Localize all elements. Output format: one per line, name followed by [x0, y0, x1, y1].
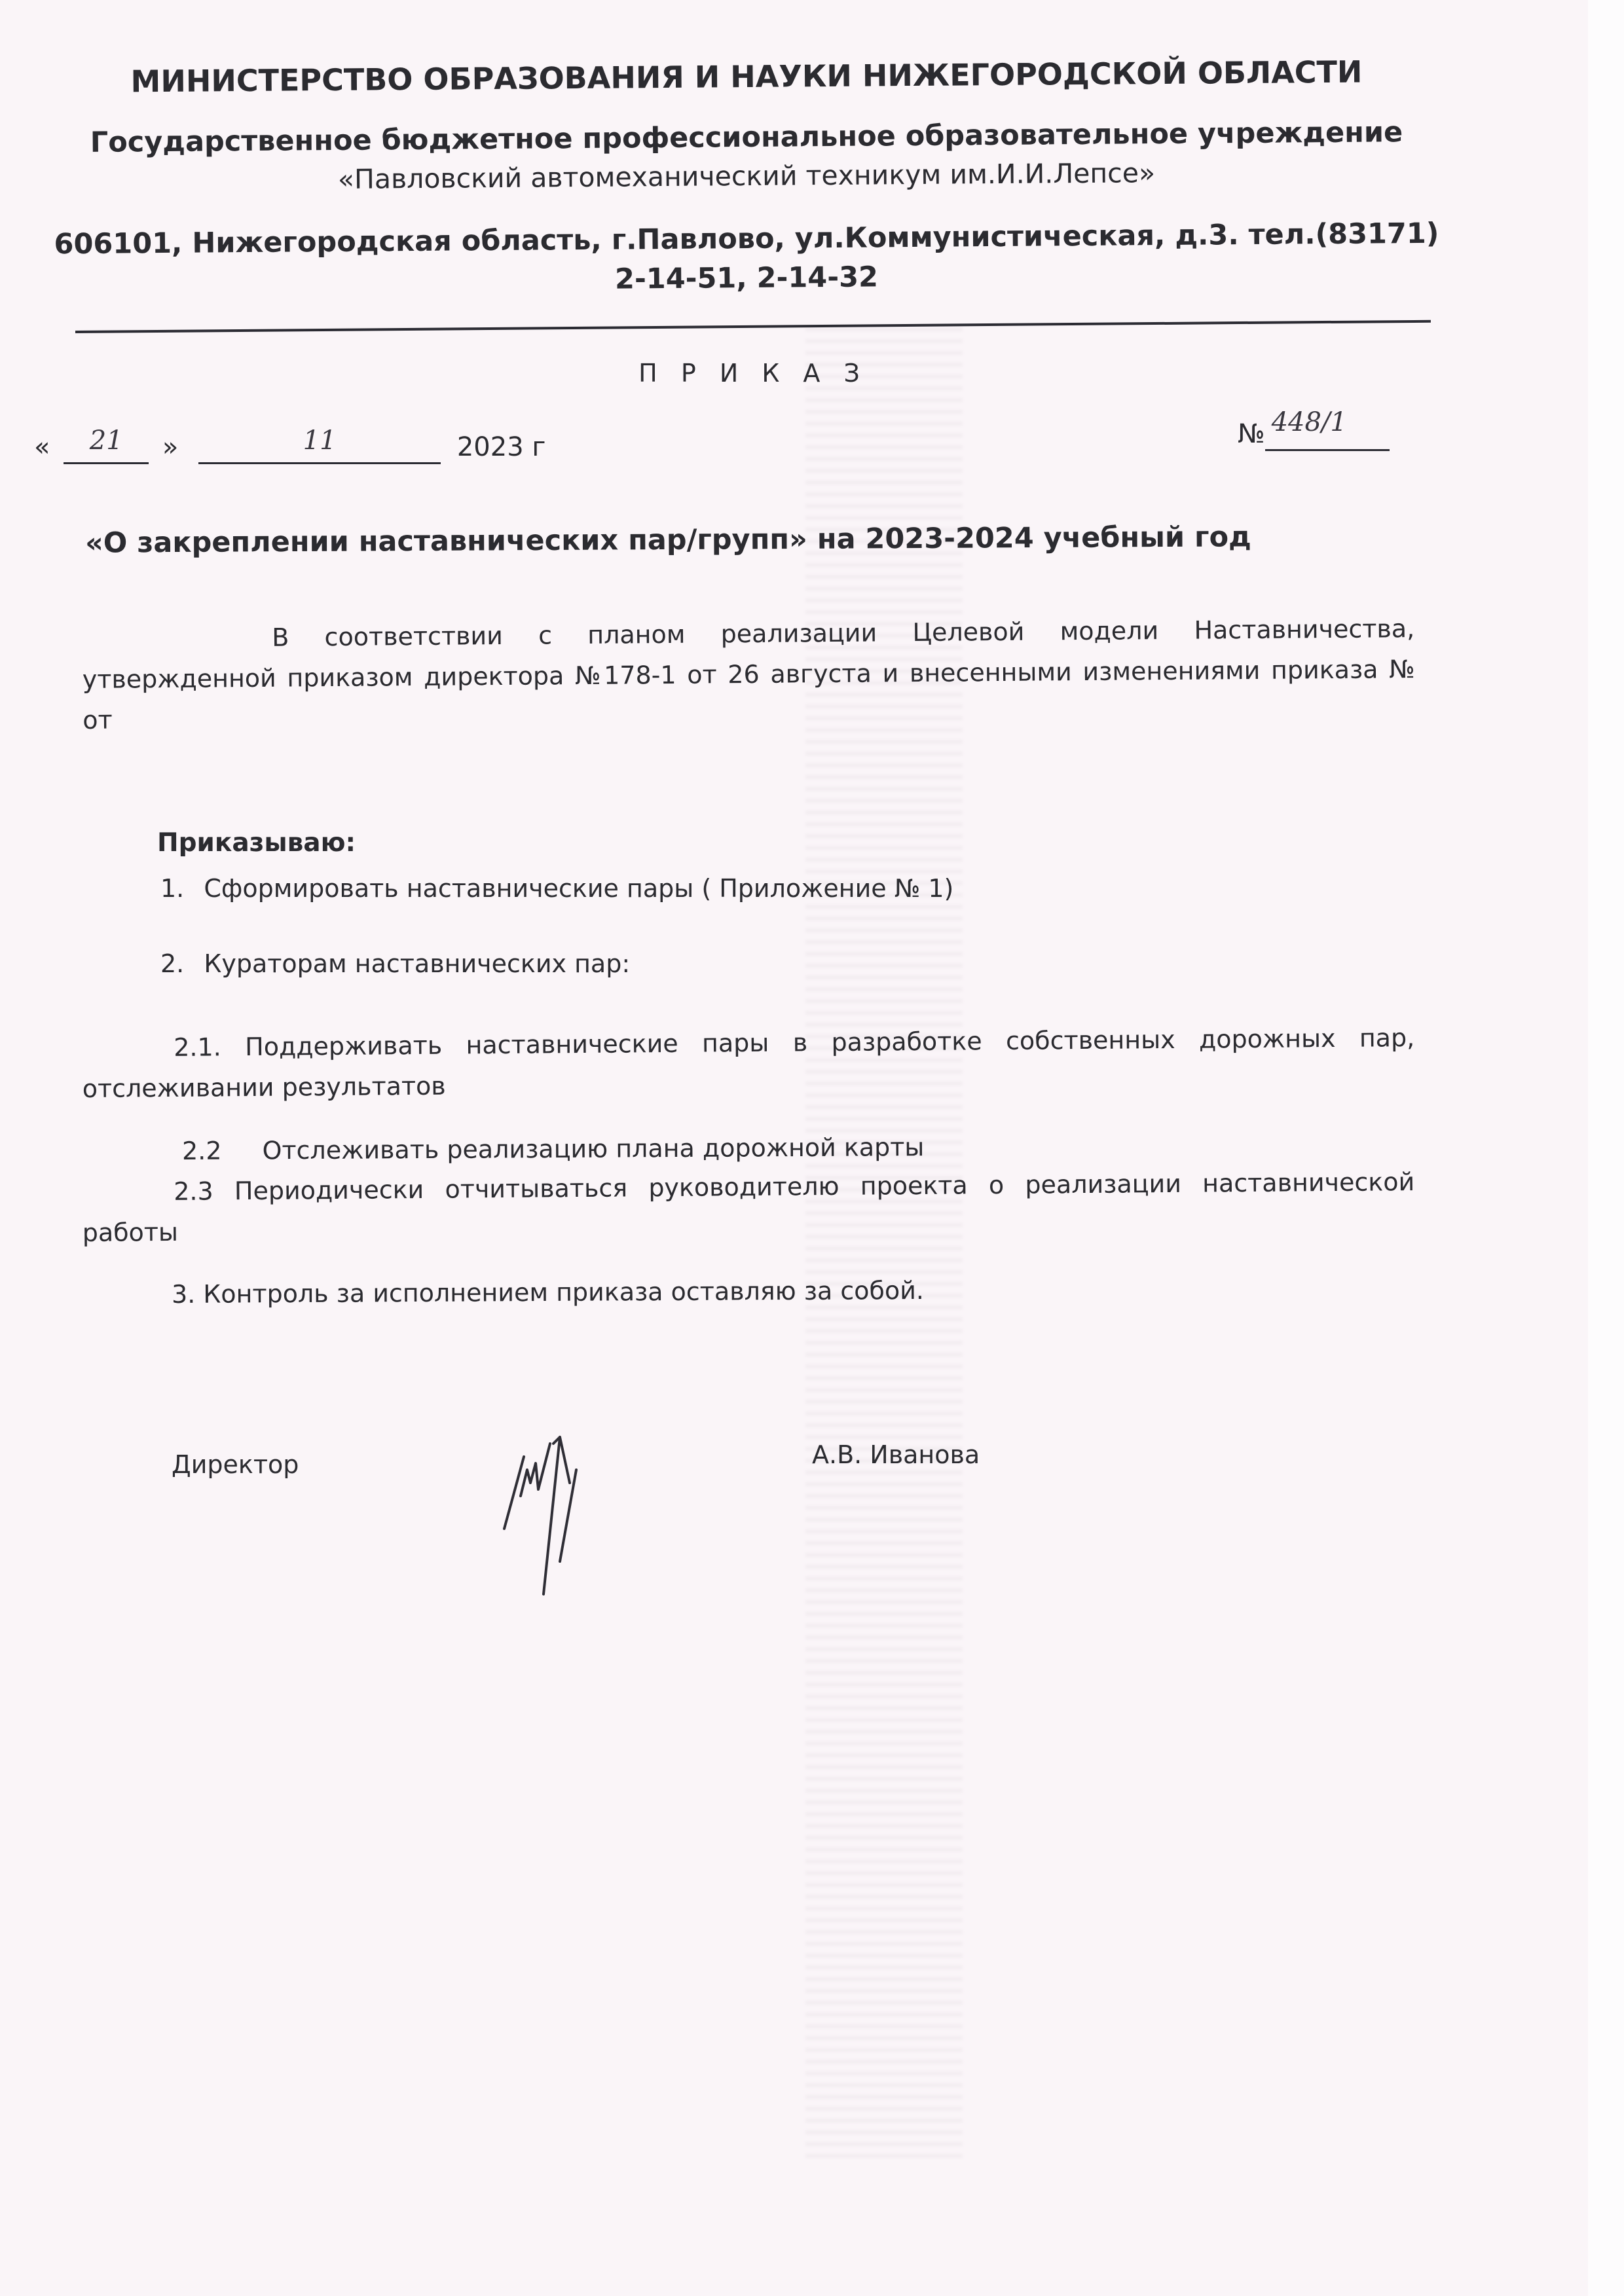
order-item-2-2: 2.2 Отслеживать реализацию плана дорожно… — [182, 1133, 925, 1165]
date-day-field: 21 — [64, 432, 149, 464]
order-item-2: 2. Кураторам наставнических пар: — [160, 949, 630, 978]
item-number: 3. — [172, 1280, 195, 1309]
item-number: 1. — [160, 874, 184, 903]
signatory-position: Директор — [172, 1450, 299, 1479]
order-number: №448/1 — [1238, 419, 1390, 451]
number-handwritten: 448/1 — [1272, 407, 1347, 437]
scan-edge — [1588, 0, 1624, 2296]
order-item-1: 1. Сформировать наставнические пары ( Пр… — [160, 874, 953, 903]
date-month-field: 11 — [198, 432, 441, 464]
order-item-2-1: 2.1. Поддерживать наставнические пары в … — [82, 1017, 1415, 1109]
order-item-2-3: 2.3 Периодически отчитываться руководите… — [82, 1161, 1415, 1253]
item-text: Отслеживать реализацию плана дорожной ка… — [262, 1133, 924, 1165]
order-title: «О закреплении наставнических пар/групп»… — [85, 520, 1251, 559]
item-number: 2.1. — [174, 1032, 221, 1062]
order-item-3: 3. Контроль за исполнением приказа остав… — [172, 1276, 924, 1309]
handwritten-signature — [498, 1430, 648, 1601]
number-label: № — [1238, 419, 1265, 449]
item-text: Периодически отчитываться руководителю п… — [83, 1167, 1415, 1247]
date-close-quote: » — [162, 432, 178, 462]
date-year: 2023 г — [457, 432, 546, 462]
item-number: 2.2 — [182, 1137, 222, 1165]
date-day-handwritten: 21 — [90, 426, 123, 456]
signatory-name: А.В. Иванова — [812, 1440, 980, 1469]
item-text: Сформировать наставнические пары ( Прило… — [204, 874, 953, 903]
preamble-paragraph: В соответствии с планом реализации Целев… — [82, 608, 1415, 740]
ordering-label: Приказываю: — [157, 828, 356, 858]
order-date: « 21 » 11 2023 г — [34, 432, 545, 464]
item-text: Кураторам наставнических пар: — [204, 949, 630, 978]
date-month-handwritten: 11 — [303, 426, 337, 456]
item-text: Поддерживать наставнические пары в разра… — [83, 1023, 1415, 1103]
item-text: Контроль за исполнением приказа оставляю… — [203, 1276, 924, 1309]
item-number: 2.3 — [174, 1176, 213, 1205]
number-field: 448/1 — [1265, 419, 1390, 451]
item-number: 2. — [160, 949, 184, 978]
date-open-quote: « — [34, 432, 50, 462]
document-type-heading: П Р И К А З — [0, 359, 1506, 388]
